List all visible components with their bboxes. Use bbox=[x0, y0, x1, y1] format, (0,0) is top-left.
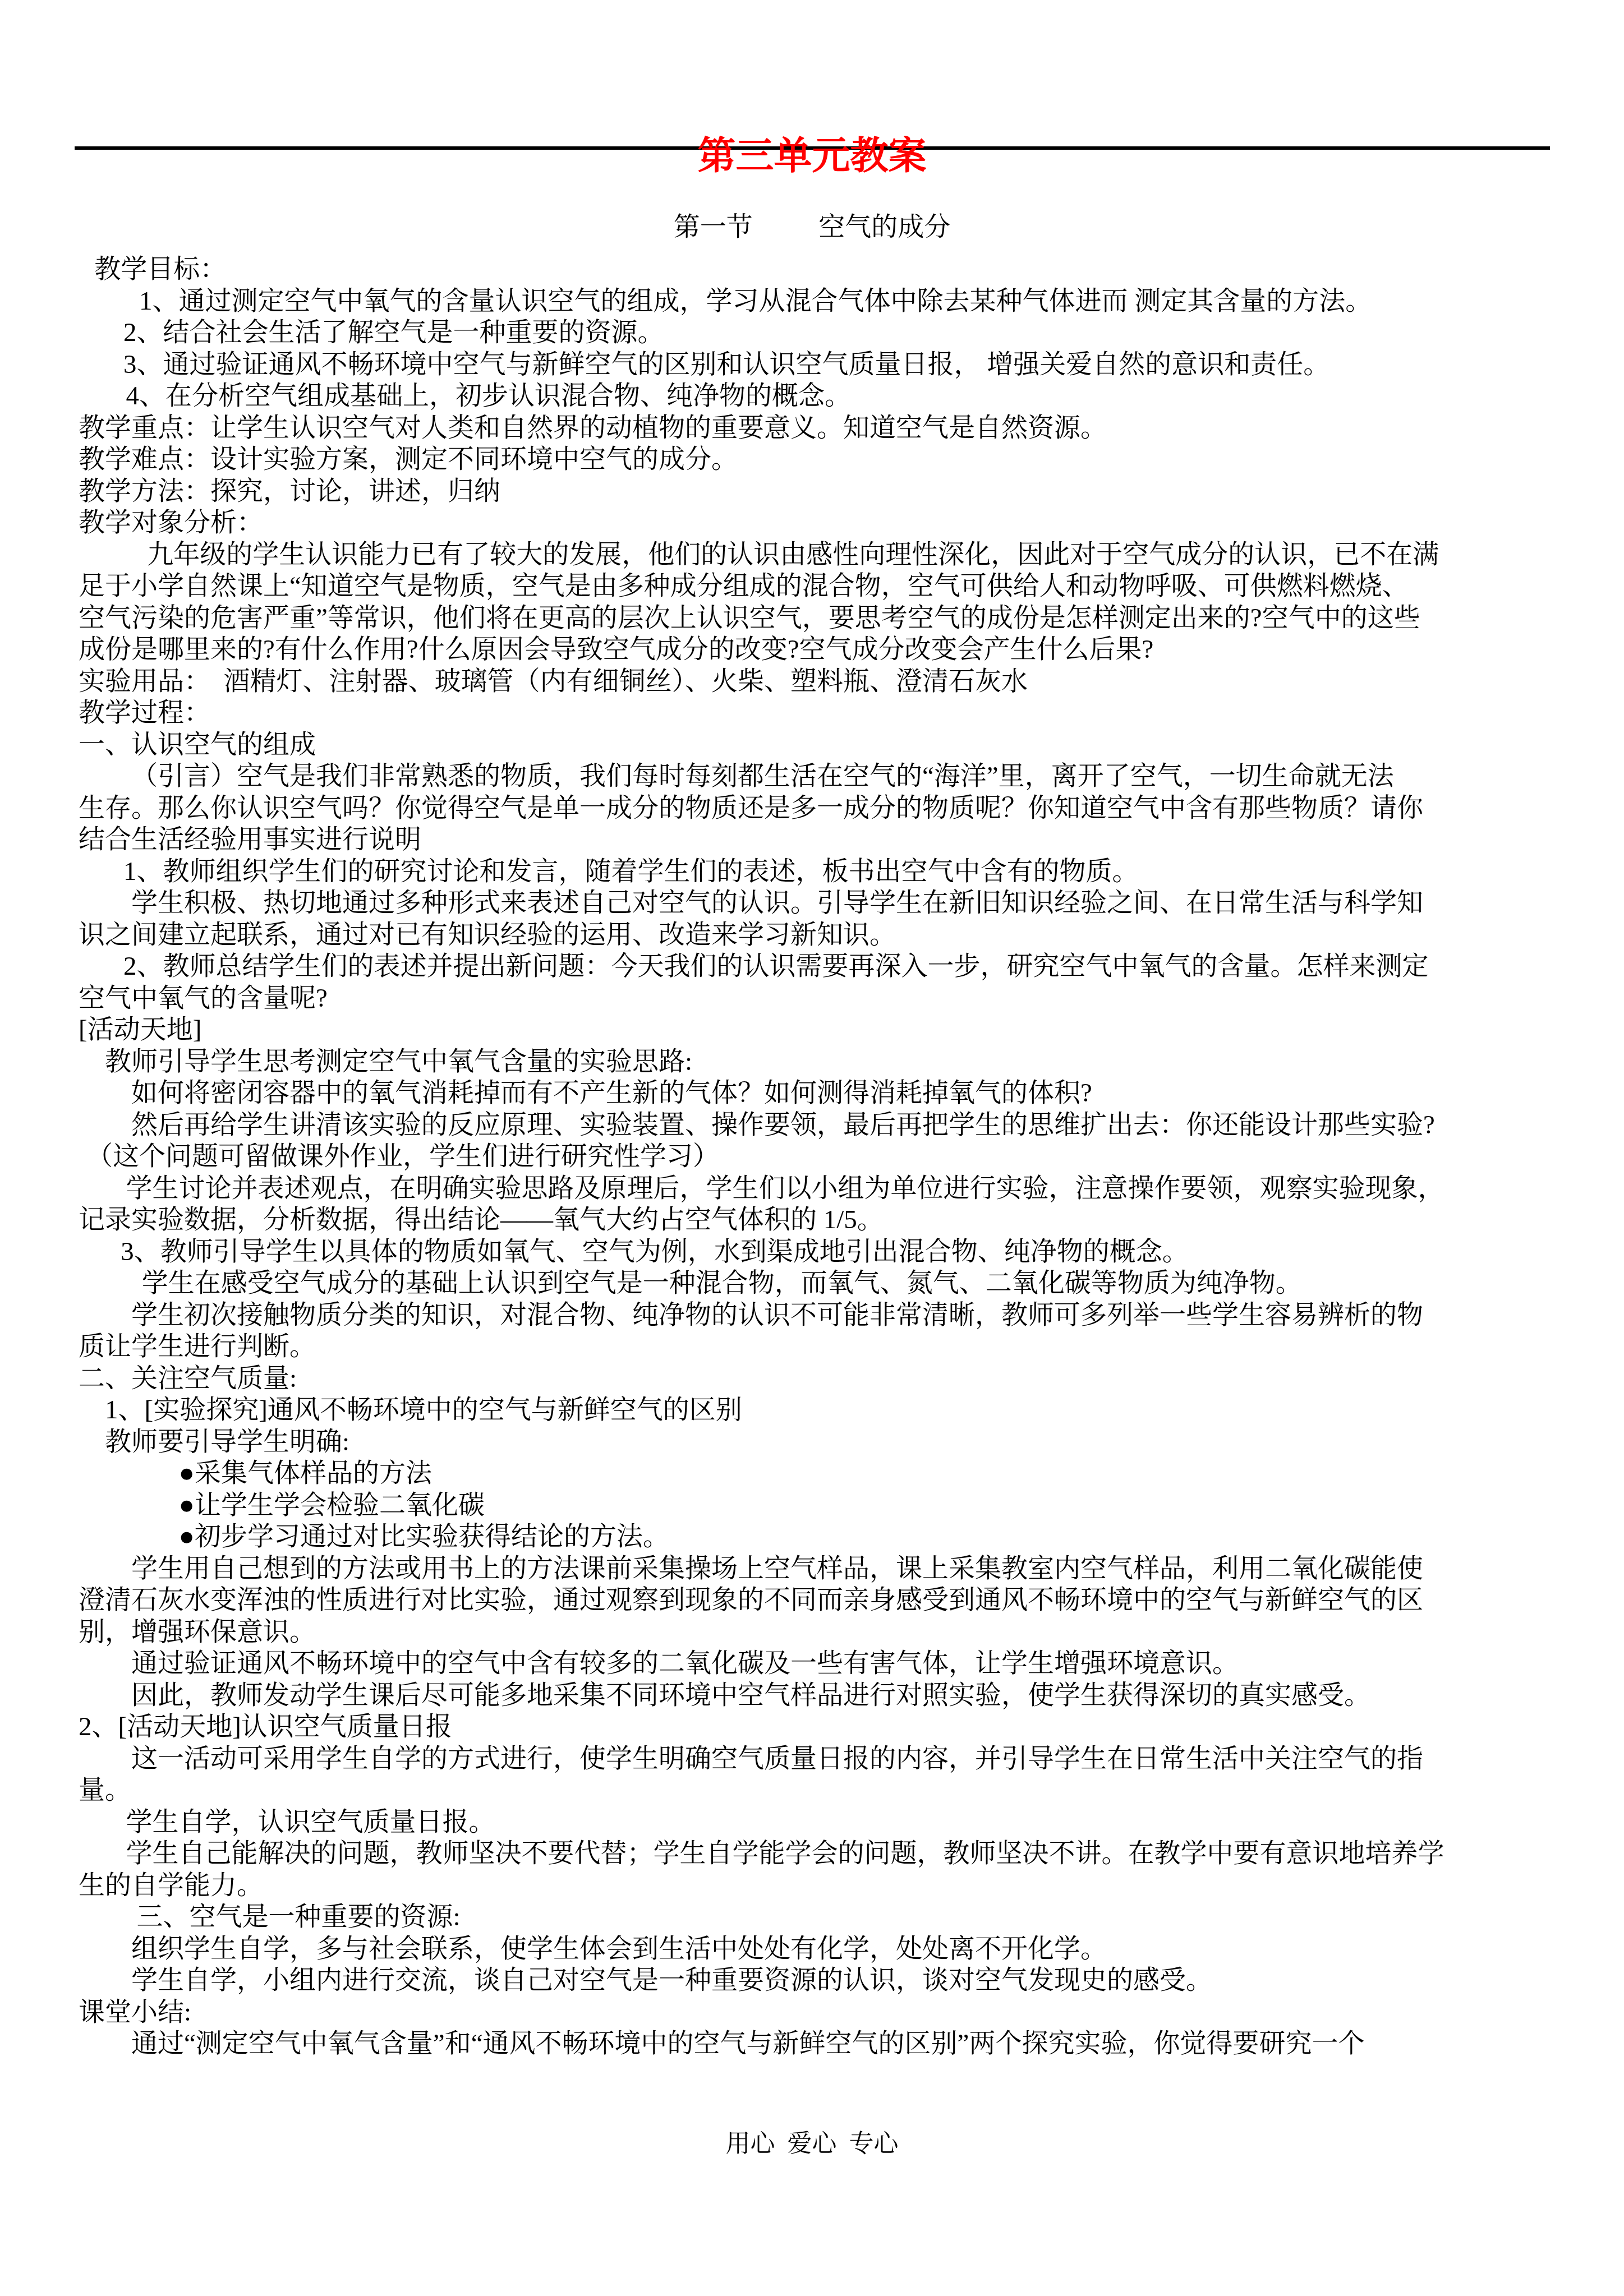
text-line: ●让学生学会检验二氧化碳 bbox=[79, 1490, 1557, 1522]
unit-title: 第三单元教案 bbox=[0, 136, 1624, 176]
text-line: 质让学生进行判断。 bbox=[79, 1331, 1557, 1363]
text-line: 这一活动可采用学生自学的方式进行，使学生明确空气质量日报的内容，并引导学生在日常… bbox=[79, 1743, 1557, 1775]
text-line: 结合生活经验用事实进行说明 bbox=[79, 824, 1557, 856]
text-line: 学生自己能解决的问题，教师坚决不要代替；学生自学能学会的问题，教师坚决不讲。在教… bbox=[79, 1838, 1557, 1870]
text-line: 学生自学，认识空气质量日报。 bbox=[79, 1806, 1557, 1838]
text-line: 2、教师总结学生们的表述并提出新问题：今天我们的认识需要再深入一步，研究空气中氧… bbox=[79, 951, 1557, 983]
text-line: 识之间建立起联系，通过对已有知识经验的运用、改造来学习新知识。 bbox=[79, 919, 1557, 951]
text-line: 量。 bbox=[79, 1774, 1557, 1806]
text-line: 1、[实验探究]通风不畅环境中的空气与新鲜空气的区别 bbox=[79, 1394, 1557, 1426]
text-line: [活动天地] bbox=[79, 1014, 1557, 1046]
text-line: 通过验证通风不畅环境中的空气中含有较多的二氧化碳及一些有害气体，让学生增强环境意… bbox=[79, 1648, 1557, 1680]
text-line: 教师引导学生思考测定空气中氧气含量的实验思路: bbox=[79, 1046, 1557, 1078]
section-title: 第一节 空气的成分 bbox=[0, 213, 1624, 241]
text-line: 澄清石灰水变浑浊的性质进行对比实验，通过观察到现象的不同而亲身感受到通风不畅环境… bbox=[79, 1584, 1557, 1616]
text-line: 教学对象分析： bbox=[79, 507, 1557, 539]
text-line: 三、空气是一种重要的资源: bbox=[79, 1901, 1557, 1933]
text-line: 生存。那么你认识空气吗？你觉得空气是单一成分的物质还是多一成分的物质呢？你知道空… bbox=[79, 792, 1557, 824]
text-line: 1、教师组织学生们的研究讨论和发言，随着学生们的表述，板书出空气中含有的物质。 bbox=[79, 856, 1557, 888]
text-line: 组织学生自学，多与社会联系，使学生体会到生活中处处有化学，处处离不开化学。 bbox=[79, 1933, 1557, 1965]
text-line: 教师要引导学生明确: bbox=[79, 1426, 1557, 1458]
text-line: 1、通过测定空气中氧气的含量认识空气的组成，学习从混合气体中除去某种气体进而 测… bbox=[79, 285, 1557, 317]
text-line: 教学难点：设计实验方案，测定不同环境中空气的成分。 bbox=[79, 444, 1557, 476]
text-line: 学生初次接触物质分类的知识，对混合物、纯净物的认识不可能非常清晰，教师可多列举一… bbox=[79, 1299, 1557, 1331]
text-line: 2、结合社会生活了解空气是一种重要的资源。 bbox=[79, 317, 1557, 349]
text-line: 学生讨论并表述观点，在明确实验思路及原理后，学生们以小组为单位进行实验，注意操作… bbox=[79, 1173, 1557, 1205]
text-line: 课堂小结: bbox=[79, 1997, 1557, 2028]
text-line: 教学方法：探究，讨论，讲述，归纳 bbox=[79, 476, 1557, 508]
text-line: 3、通过验证通风不畅环境中空气与新鲜空气的区别和认识空气质量日报， 增强关爱自然… bbox=[79, 349, 1557, 381]
text-line: 空气污染的危害严重”等常识，他们将在更高的层次上认识空气，要思考空气的成份是怎样… bbox=[79, 602, 1557, 634]
text-line: 学生在感受空气成分的基础上认识到空气是一种混合物，而氧气、氮气、二氧化碳等物质为… bbox=[79, 1267, 1557, 1299]
text-line: 二、关注空气质量: bbox=[79, 1363, 1557, 1395]
text-line: 记录实验数据，分析数据，得出结论——氧气大约占空气体积的 1/5。 bbox=[79, 1204, 1557, 1236]
page-footer: 用心 爱心 专心 bbox=[0, 2130, 1624, 2158]
text-line: 因此，教师发动学生课后尽可能多地采集不同环境中空气样品进行对照实验，使学生获得深… bbox=[79, 1680, 1557, 1712]
text-line: 2、[活动天地]认识空气质量日报 bbox=[79, 1711, 1557, 1743]
text-line: 九年级的学生认识能力已有了较大的发展，他们的认识由感性向理性深化，因此对于空气成… bbox=[79, 539, 1557, 571]
text-line: 教学过程： bbox=[79, 697, 1557, 729]
document-body: 教学目标：1、通过测定空气中氧气的含量认识空气的组成，学习从混合气体中除去某种气… bbox=[79, 253, 1557, 2060]
text-line: 学生用自己想到的方法或用书上的方法课前采集操场上空气样品，课上采集教室内空气样品… bbox=[79, 1553, 1557, 1585]
text-line: 实验用品： 酒精灯、注射器、玻璃管（内有细铜丝）、火柴、塑料瓶、澄清石灰水 bbox=[79, 666, 1557, 698]
text-line: 如何将密闭容器中的氧气消耗掉而有不产生新的气体？如何测得消耗掉氧气的体积? bbox=[79, 1077, 1557, 1109]
text-line: 4、在分析空气组成基础上，初步认识混合物、纯净物的概念。 bbox=[79, 380, 1557, 412]
text-line: 学生自学，小组内进行交流，谈自己对空气是一种重要资源的认识，谈对空气发现史的感受… bbox=[79, 1965, 1557, 1997]
text-line: （引言）空气是我们非常熟悉的物质，我们每时每刻都生活在空气的“海洋”里，离开了空… bbox=[79, 760, 1557, 792]
text-line: 学生积极、热切地通过多种形式来表述自己对空气的认识。引导学生在新旧知识经验之间、… bbox=[79, 887, 1557, 919]
text-line: 然后再给学生讲清该实验的反应原理、实验装置、操作要领，最后再把学生的思维扩出去：… bbox=[79, 1109, 1557, 1141]
text-line: ●采集气体样品的方法 bbox=[79, 1458, 1557, 1490]
text-line: 空气中氧气的含量呢? bbox=[79, 983, 1557, 1015]
text-line: 成份是哪里来的?有什么作用?什么原因会导致空气成分的改变?空气成分改变会产生什么… bbox=[79, 634, 1557, 666]
document-page: 第三单元教案 第一节 空气的成分 教学目标：1、通过测定空气中氧气的含量认识空气… bbox=[0, 0, 1624, 2296]
text-line: 通过“测定空气中氧气含量”和“通风不畅环境中的空气与新鲜空气的区别”两个探究实验… bbox=[79, 2028, 1557, 2060]
text-line: 别，增强环保意识。 bbox=[79, 1616, 1557, 1648]
text-line: （这个问题可留做课外作业，学生们进行研究性学习） bbox=[79, 1141, 1557, 1173]
text-line: ●初步学习通过对比实验获得结论的方法。 bbox=[79, 1521, 1557, 1553]
text-line: 教学目标： bbox=[79, 253, 1557, 285]
text-line: 教学重点：让学生认识空气对人类和自然界的动植物的重要意义。知道空气是自然资源。 bbox=[79, 412, 1557, 444]
text-line: 生的自学能力。 bbox=[79, 1870, 1557, 1902]
text-line: 一、认识空气的组成 bbox=[79, 729, 1557, 761]
text-line: 足于小学自然课上“知道空气是物质，空气是由多种成分组成的混合物，空气可供给人和动… bbox=[79, 570, 1557, 602]
text-line: 3、教师引导学生以具体的物质如氧气、空气为例，水到渠成地引出混合物、纯净物的概念… bbox=[79, 1236, 1557, 1268]
